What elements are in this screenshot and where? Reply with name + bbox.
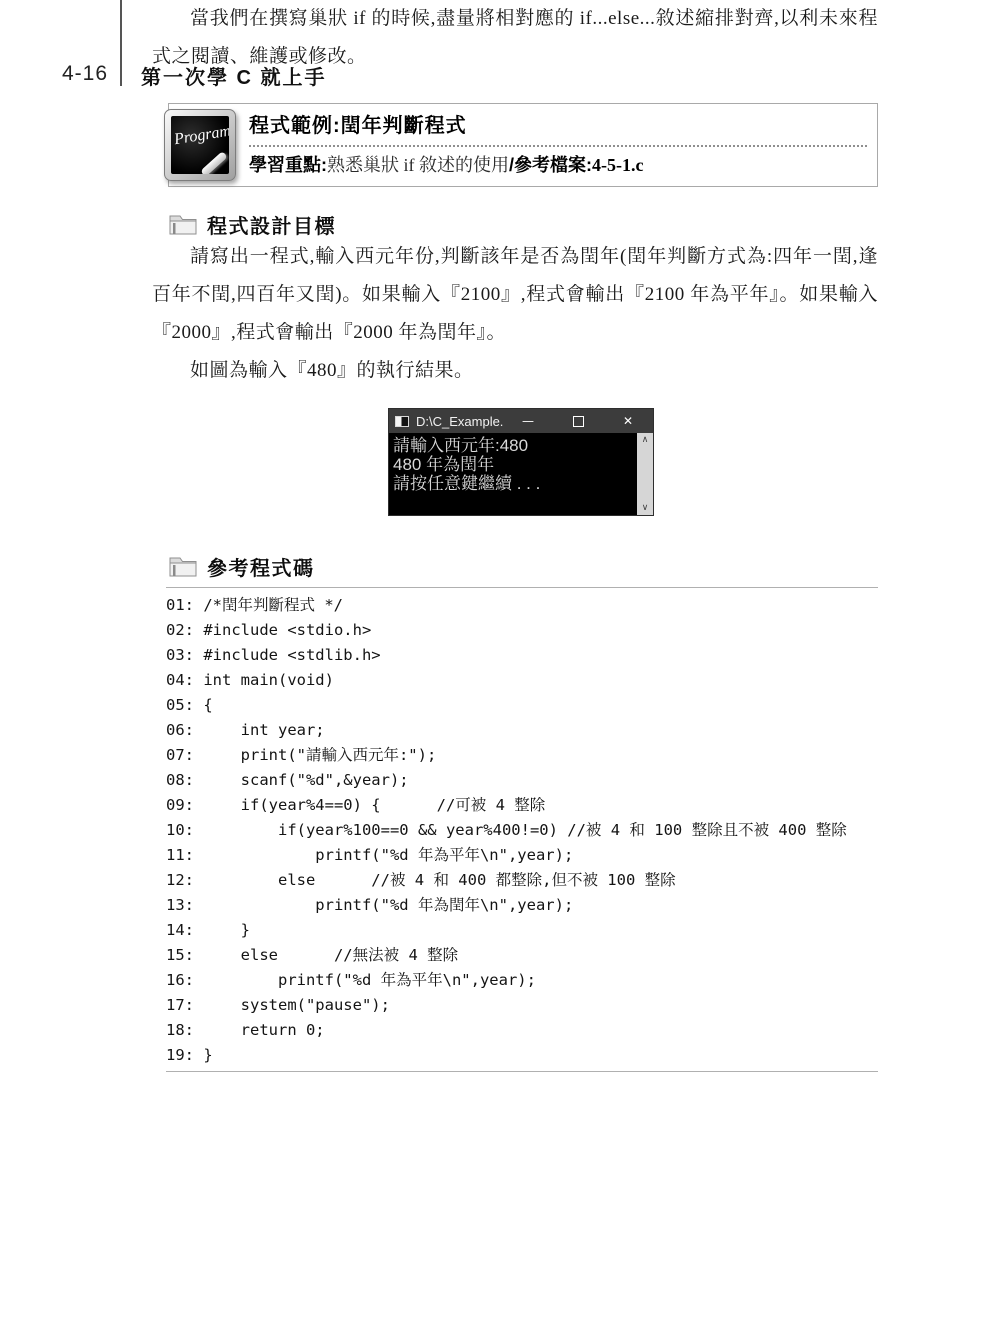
code-bottom-rule <box>166 1071 878 1072</box>
blackboard: Program <box>171 116 229 174</box>
code-section-header: 參考程式碼 <box>168 552 878 580</box>
code-listing: 01: /*閏年判斷程式 */ 02: #include <stdio.h> 0… <box>152 588 878 1071</box>
code-line: 04: int main(void) <box>166 668 878 693</box>
code-line: 10: if(year%100==0 && year%400!=0) //被 4… <box>166 818 878 843</box>
code-line: 19: } <box>166 1043 878 1068</box>
folder-icon <box>168 211 198 237</box>
maximize-icon <box>573 416 584 427</box>
code-line: 03: #include <stdlib.h> <box>166 643 878 668</box>
console-output-line: 請按任意鍵繼續 . . . <box>393 474 631 493</box>
code-line: 08: scanf("%d",&year); <box>166 768 878 793</box>
example-title: 程式範例:閏年判斷程式 <box>249 113 867 140</box>
goal-section-header: 程式設計目標 <box>168 210 878 238</box>
code-line: 06: int year; <box>166 718 878 743</box>
goal-section-title: 程式設計目標 <box>207 210 336 239</box>
scroll-up-icon[interactable]: ∧ <box>637 433 653 447</box>
maximize-button[interactable] <box>553 409 603 433</box>
console-body: 請輸入西元年:480 480 年為閏年 請按任意鍵繼續 . . . ∧ ∨ <box>389 433 653 515</box>
program-example-box: Program 程式範例:閏年判斷程式 學習重點:熟悉巢狀 if 敘述的使用/參… <box>168 103 878 187</box>
file-label: /參考檔案: <box>509 155 592 175</box>
console-window: D:\C_Example... — ✕ 請輸入西元年:480 480 年為閏年 … <box>388 408 654 516</box>
scroll-down-icon[interactable]: ∨ <box>637 501 653 515</box>
focus-label: 學習重點: <box>249 155 327 175</box>
code-line: 14: } <box>166 918 878 943</box>
program-icon-label: Program <box>173 123 229 149</box>
file-name: 4-5-1.c <box>592 155 643 175</box>
page-number: 4-16 <box>62 62 108 86</box>
console-app-icon <box>395 416 409 427</box>
console-titlebar[interactable]: D:\C_Example... — ✕ <box>389 409 653 433</box>
code-line: 16: printf("%d 年為平年\n",year); <box>166 968 878 993</box>
code-line: 05: { <box>166 693 878 718</box>
console-output-line: 480 年為閏年 <box>393 455 631 474</box>
console-scrollbar[interactable]: ∧ ∨ <box>637 433 653 515</box>
code-line: 07: print("請輸入西元年:"); <box>166 743 878 768</box>
program-blackboard-icon: Program <box>164 109 236 181</box>
dashed-separator <box>249 145 867 147</box>
result-caption: 如圖為輸入『480』的執行結果。 <box>152 352 878 390</box>
code-line: 11: printf("%d 年為平年\n",year); <box>166 843 878 868</box>
chalk-icon <box>200 151 228 174</box>
console-title: D:\C_Example... <box>416 414 503 429</box>
close-button[interactable]: ✕ <box>603 409 653 433</box>
header-divider <box>120 0 122 86</box>
code-line: 12: else //被 4 和 400 都整除,但不被 100 整除 <box>166 868 878 893</box>
intro-paragraph: 當我們在撰寫巢狀 if 的時候,盡量將相對應的 if...else...敘述縮排… <box>152 0 878 76</box>
page-content: 當我們在撰寫巢狀 if 的時候,盡量將相對應的 if...else...敘述縮排… <box>152 0 878 1072</box>
code-line: 18: return 0; <box>166 1018 878 1043</box>
goal-paragraph: 請寫出一程式,輸入西元年份,判斷該年是否為閏年(閏年判斷方式為:四年一閏,逢百年… <box>152 238 878 352</box>
example-subline: 學習重點:熟悉巢狀 if 敘述的使用/參考檔案:4-5-1.c <box>249 153 867 177</box>
code-line: 17: system("pause"); <box>166 993 878 1018</box>
focus-text: 熟悉巢狀 if 敘述的使用 <box>327 155 509 175</box>
code-line: 02: #include <stdio.h> <box>166 618 878 643</box>
minimize-button[interactable]: — <box>503 409 553 433</box>
folder-icon <box>168 553 198 579</box>
book-page: 4-16 第一次學 C 就上手 當我們在撰寫巢狀 if 的時候,盡量將相對應的 … <box>0 0 1000 1341</box>
code-line: 01: /*閏年判斷程式 */ <box>166 593 878 618</box>
code-line: 15: else //無法被 4 整除 <box>166 943 878 968</box>
window-controls: — ✕ <box>503 409 653 433</box>
example-box-content: 程式範例:閏年判斷程式 學習重點:熟悉巢狀 if 敘述的使用/參考檔案:4-5-… <box>169 104 877 177</box>
console-output-line: 請輸入西元年:480 <box>393 436 631 455</box>
code-section-title: 參考程式碼 <box>207 552 315 581</box>
code-line: 09: if(year%4==0) { //可被 4 整除 <box>166 793 878 818</box>
code-line: 13: printf("%d 年為閏年\n",year); <box>166 893 878 918</box>
